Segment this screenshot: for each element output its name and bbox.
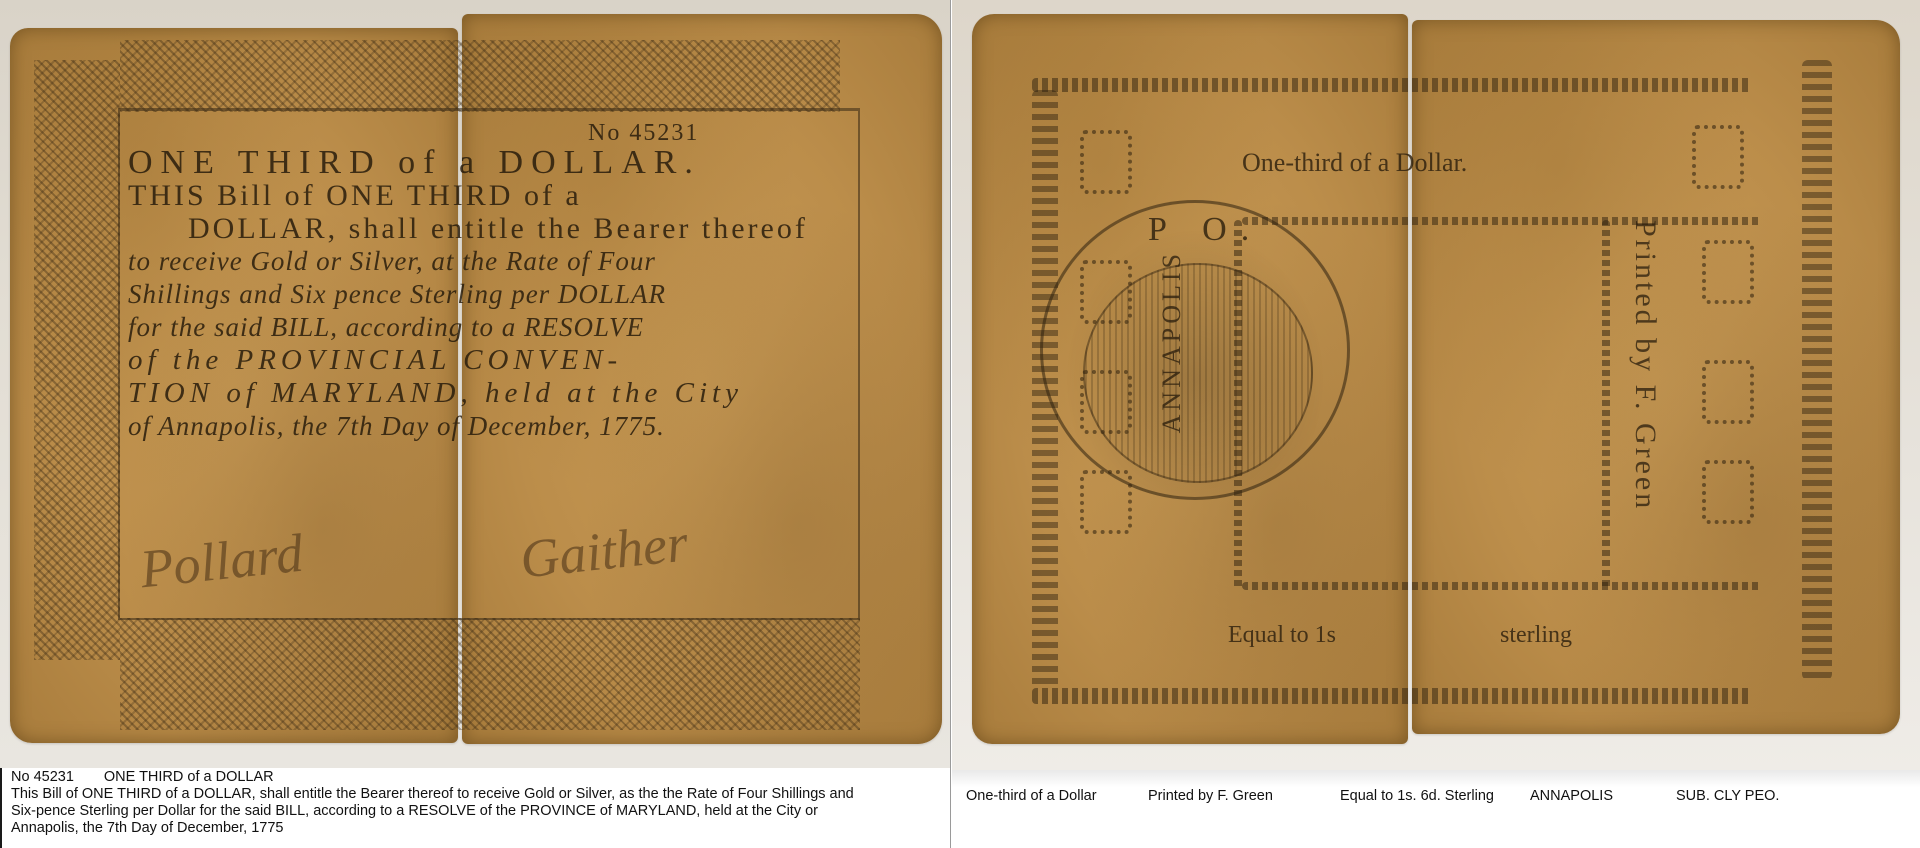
back-box-ornament [1080, 130, 1132, 194]
note-text-line: for the said BILL, according to a RESOLV… [128, 311, 858, 344]
note-text-line: DOLLAR, shall entitle the Bearer thereof [128, 212, 858, 245]
note-heading: ONE THIRD of a DOLLAR. [128, 146, 858, 179]
back-top-label: One-third of a Dollar. [1242, 148, 1467, 178]
back-panel: One-third of a Dollar. P O. ANNAPOLIS Pr… [952, 0, 1920, 848]
front-left-ornament [34, 60, 120, 660]
back-vertical-right-text: Printed by F. Green [1628, 220, 1662, 511]
front-note-photo: No 45231 ONE THIRD of a DOLLAR. THIS Bil… [0, 0, 950, 768]
caption-serial: No 45231 [11, 769, 74, 785]
note-text-line: of the PROVINCIAL CONVEN- [128, 344, 858, 377]
note-text-line: TION of MARYLAND, held at the City [128, 377, 858, 410]
seal-letters: P O. [1148, 211, 1263, 249]
note-text-line: THIS Bill of ONE THIRD of a [128, 179, 858, 212]
back-vertical-left-text: ANNAPOLIS [1157, 250, 1187, 433]
back-bottom-left-label: Equal to 1s [1228, 622, 1336, 649]
back-box-ornament [1702, 460, 1754, 524]
front-note-text: No 45231 ONE THIRD of a DOLLAR. THIS Bil… [128, 120, 858, 443]
caption-description-line: Six-pence Sterling per Dollar for the sa… [11, 803, 950, 820]
back-inner-top-chain [1242, 217, 1762, 225]
note-text-line: Shillings and Six pence Sterling per DOL… [128, 278, 858, 311]
seal-shield [1083, 263, 1313, 483]
caption-description-line: Annapolis, the 7th Day of December, 1775 [11, 820, 950, 837]
back-caption-item: SUB. CLY PEO. [1676, 788, 1779, 804]
front-top-ornament [120, 40, 840, 112]
front-panel: No 45231 ONE THIRD of a DOLLAR. THIS Bil… [0, 0, 951, 848]
back-note-photo: One-third of a Dollar. P O. ANNAPOLIS Pr… [952, 0, 1920, 770]
back-box-ornament [1702, 360, 1754, 424]
back-seal: P O. [1040, 200, 1350, 500]
back-caption-item: Equal to 1s. 6d. Sterling [1340, 788, 1494, 804]
front-caption-title-row: No 45231ONE THIRD of a DOLLAR [11, 769, 950, 786]
caption-description-line: This Bill of ONE THIRD of a DOLLAR, shal… [11, 786, 950, 803]
back-box-ornament [1702, 240, 1754, 304]
caption-title: ONE THIRD of a DOLLAR [104, 769, 274, 785]
note-text-line: to receive Gold or Silver, at the Rate o… [128, 245, 858, 278]
back-caption-item: One-third of a Dollar [966, 788, 1097, 804]
note-text-line: of Annapolis, the 7th Day of December, 1… [128, 410, 858, 443]
back-box-ornament [1692, 125, 1744, 189]
back-bottom-right-label: sterling [1500, 622, 1572, 649]
back-caption-item: ANNAPOLIS [1530, 788, 1613, 804]
back-caption: One-third of a Dollar Printed by F. Gree… [952, 770, 1920, 848]
back-top-ornament [1032, 78, 1752, 92]
back-right-ornament-column [1802, 60, 1832, 680]
back-caption-item: Printed by F. Green [1148, 788, 1273, 804]
back-inner-right-chain [1602, 220, 1610, 590]
note-serial-number: No 45231 [128, 120, 858, 146]
front-bottom-ornament [120, 618, 860, 730]
front-caption: No 45231ONE THIRD of a DOLLAR This Bill … [0, 768, 950, 848]
back-bottom-ornament [1032, 688, 1752, 704]
back-inner-bottom-chain [1242, 582, 1762, 590]
